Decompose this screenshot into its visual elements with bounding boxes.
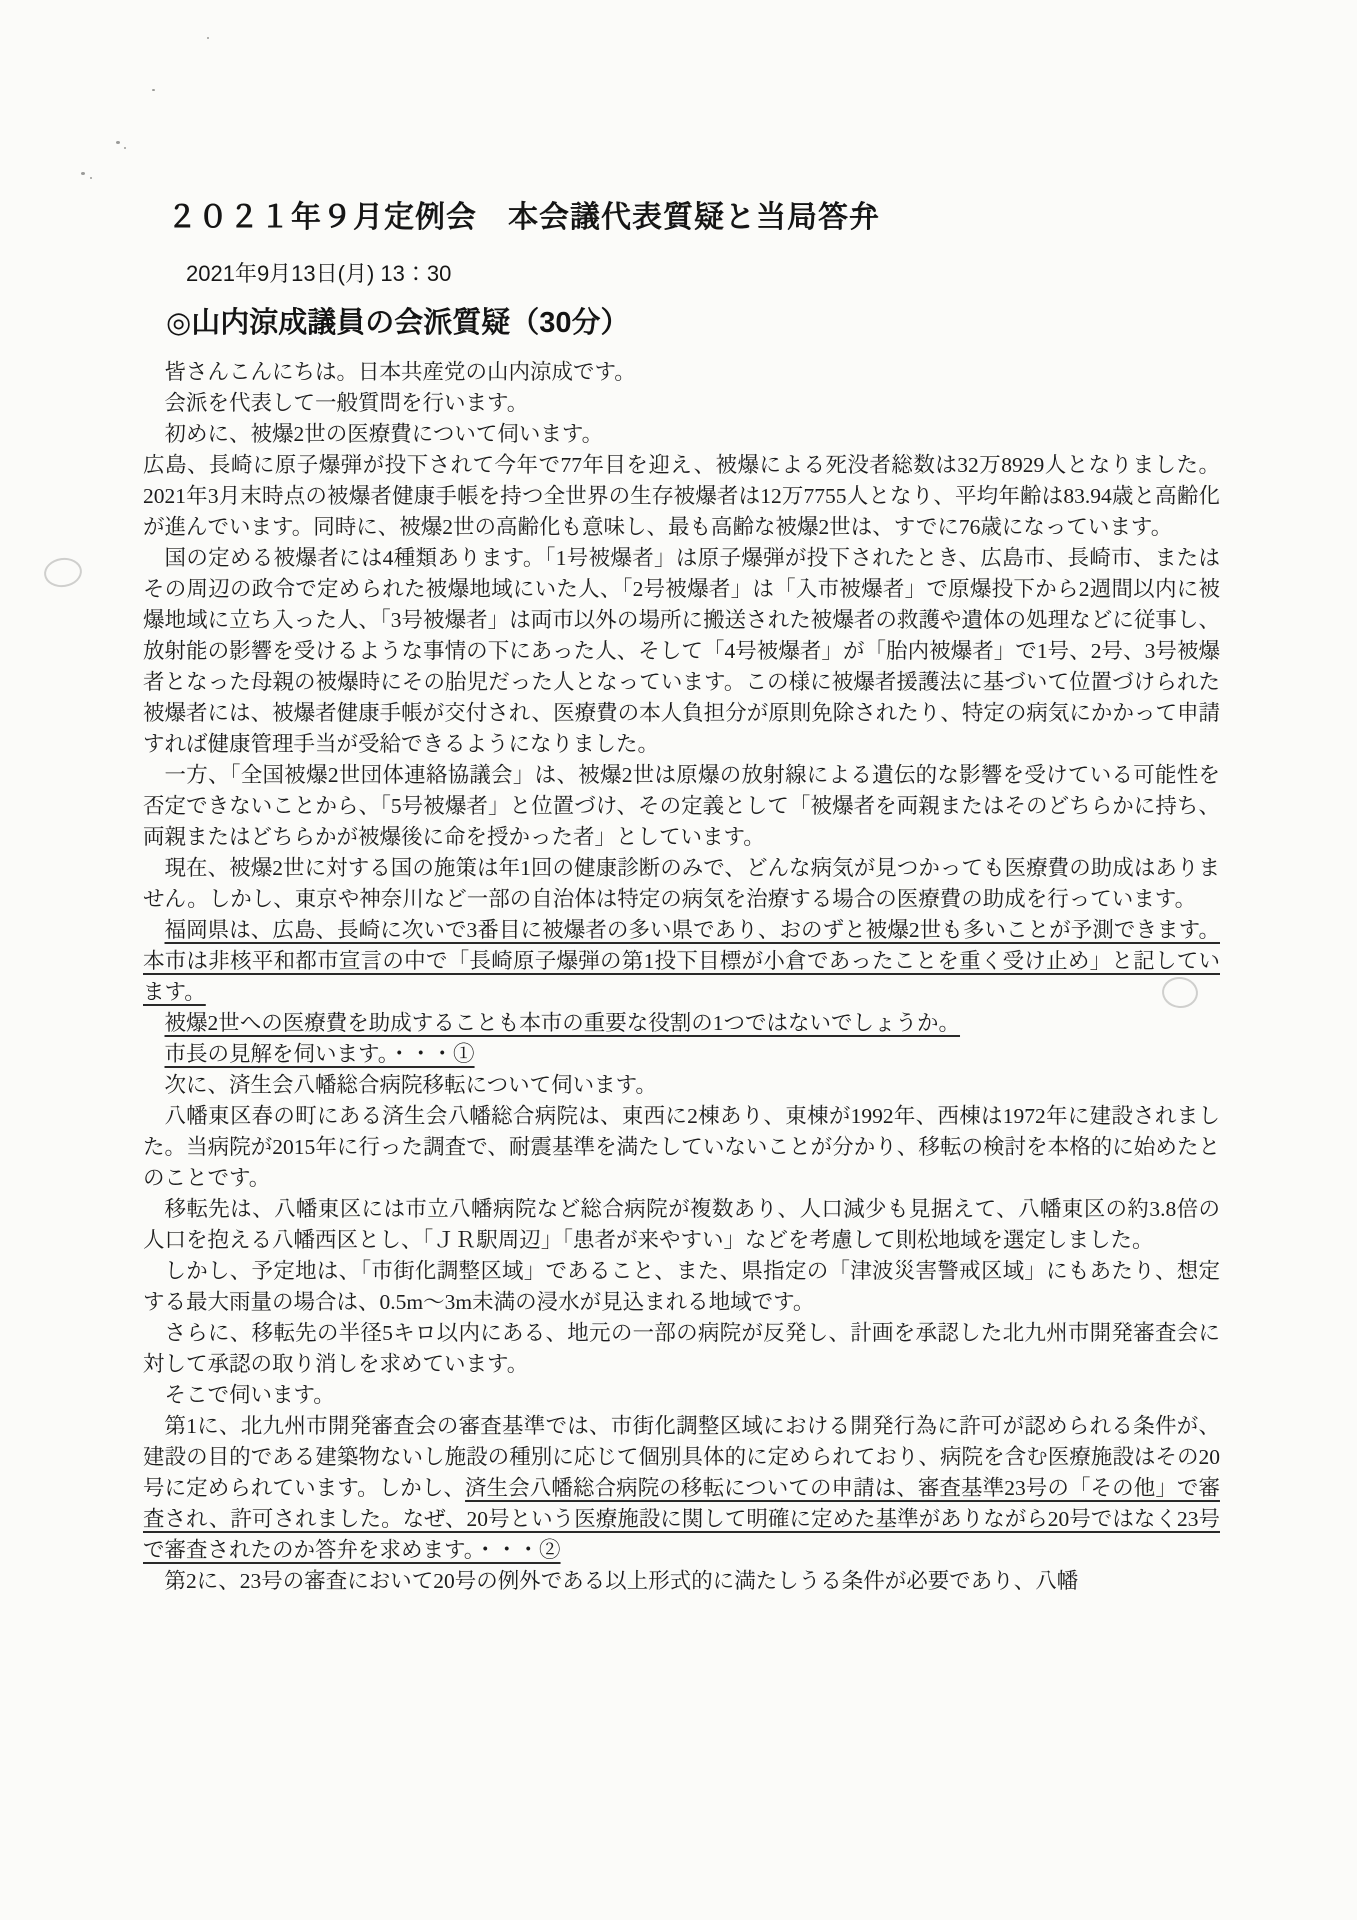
paragraph: 八幡東区春の町にある済生会八幡総合病院は、東西に2棟あり、東棟が1992年、西棟… bbox=[143, 1101, 1220, 1194]
text-run: 一方、「全国被爆2世団体連絡協議会」は、被爆2世は原爆の放射線による遺伝的な影響… bbox=[143, 763, 1220, 849]
scan-artifact-hole-left bbox=[42, 555, 84, 589]
document-body: 皆さんこんにちは。日本共産党の山内涼成です。会派を代表して一般質問を行います。初… bbox=[143, 357, 1220, 1597]
paragraph: そこで伺います。 bbox=[143, 1380, 1220, 1411]
underlined-text: 被爆2世への医療費を助成することも本市の重要な役割の1つではないでしょうか。 bbox=[165, 1011, 961, 1035]
paragraph: 第2に、23号の審査において20号の例外である以上形式的に満たしうる条件が必要で… bbox=[143, 1566, 1220, 1597]
document-datetime: 2021年9月13日(月) 13：30 bbox=[186, 257, 451, 288]
scan-speck bbox=[152, 89, 155, 91]
text-run: 広島、長崎に原子爆弾が投下されて今年で77年目を迎え、被爆による死没者総数は32… bbox=[143, 453, 1220, 539]
text-run: 国の定める被爆者には4種類あります。「1号被爆者」は原子爆弾が投下されたとき、広… bbox=[143, 546, 1220, 756]
text-run: そこで伺います。 bbox=[165, 1383, 335, 1407]
scan-speck bbox=[124, 147, 126, 149]
text-run: 次に、済生会八幡総合病院移転について伺います。 bbox=[165, 1073, 657, 1097]
paragraph: しかし、予定地は、「市街化調整区域」であること、また、県指定の「津波災害警戒区域… bbox=[143, 1256, 1220, 1318]
document-page: ２０２１年９月定例会 本会議代表質疑と当局答弁 2021年9月13日(月) 13… bbox=[0, 0, 1357, 1920]
text-run: 八幡東区春の町にある済生会八幡総合病院は、東西に2棟あり、東棟が1992年、西棟… bbox=[143, 1104, 1220, 1190]
text-run: 移転先は、八幡東区には市立八幡病院など総合病院が複数あり、人口減少も見据えて、八… bbox=[143, 1197, 1220, 1252]
text-run: 初めに、被爆2世の医療費について伺います。 bbox=[165, 422, 604, 446]
paragraph: 国の定める被爆者には4種類あります。「1号被爆者」は原子爆弾が投下されたとき、広… bbox=[143, 543, 1220, 760]
paragraph: 次に、済生会八幡総合病院移転について伺います。 bbox=[143, 1070, 1220, 1101]
document-title: ２０２１年９月定例会 本会議代表質疑と当局答弁 bbox=[167, 192, 880, 236]
paragraph: 一方、「全国被爆2世団体連絡協議会」は、被爆2世は原爆の放射線による遺伝的な影響… bbox=[143, 760, 1220, 853]
text-run: 皆さんこんにちは。日本共産党の山内涼成です。 bbox=[165, 360, 636, 384]
scan-speck bbox=[81, 172, 85, 175]
section-heading: ◎山内涼成議員の会派質疑（30分） bbox=[166, 300, 630, 341]
paragraph: 福岡県は、広島、長崎に次いで3番目に被爆者の多い県であり、おのずと被爆2世も多い… bbox=[143, 915, 1220, 1008]
paragraph: さらに、移転先の半径5キロ以内にある、地元の一部の病院が反発し、計画を承認した北… bbox=[143, 1318, 1220, 1380]
paragraph: 広島、長崎に原子爆弾が投下されて今年で77年目を迎え、被爆による死没者総数は32… bbox=[143, 450, 1220, 543]
paragraph: 初めに、被爆2世の医療費について伺います。 bbox=[143, 419, 1220, 450]
underlined-text: 福岡県は、広島、長崎に次いで3番目に被爆者の多い県であり、おのずと被爆2世も多い… bbox=[143, 918, 1220, 1004]
paragraph: 市長の見解を伺います。・・・① bbox=[143, 1039, 1220, 1070]
text-run: 会派を代表して一般質問を行います。 bbox=[165, 391, 529, 415]
scan-speck bbox=[207, 37, 209, 39]
underlined-text: 市長の見解を伺います。・・・① bbox=[165, 1042, 475, 1066]
paragraph: 皆さんこんにちは。日本共産党の山内涼成です。 bbox=[143, 357, 1220, 388]
paragraph: 移転先は、八幡東区には市立八幡病院など総合病院が複数あり、人口減少も見据えて、八… bbox=[143, 1194, 1220, 1256]
text-run: しかし、予定地は、「市街化調整区域」であること、また、県指定の「津波災害警戒区域… bbox=[143, 1259, 1220, 1314]
paragraph: 被爆2世への医療費を助成することも本市の重要な役割の1つではないでしょうか。 bbox=[143, 1008, 1220, 1039]
paragraph: 第1に、北九州市開発審査会の審査基準では、市街化調整区域における開発行為に許可が… bbox=[143, 1411, 1220, 1566]
scan-speck bbox=[116, 141, 120, 144]
scan-speck bbox=[90, 177, 92, 179]
text-run: 現在、被爆2世に対する国の施策は年1回の健康診断のみで、どんな病気が見つかっても… bbox=[143, 856, 1220, 911]
text-run: 第2に、23号の審査において20号の例外である以上形式的に満たしうる条件が必要で… bbox=[165, 1569, 1079, 1593]
paragraph: 現在、被爆2世に対する国の施策は年1回の健康診断のみで、どんな病気が見つかっても… bbox=[143, 853, 1220, 915]
text-run: さらに、移転先の半径5キロ以内にある、地元の一部の病院が反発し、計画を承認した北… bbox=[143, 1321, 1220, 1376]
paragraph: 会派を代表して一般質問を行います。 bbox=[143, 388, 1220, 419]
